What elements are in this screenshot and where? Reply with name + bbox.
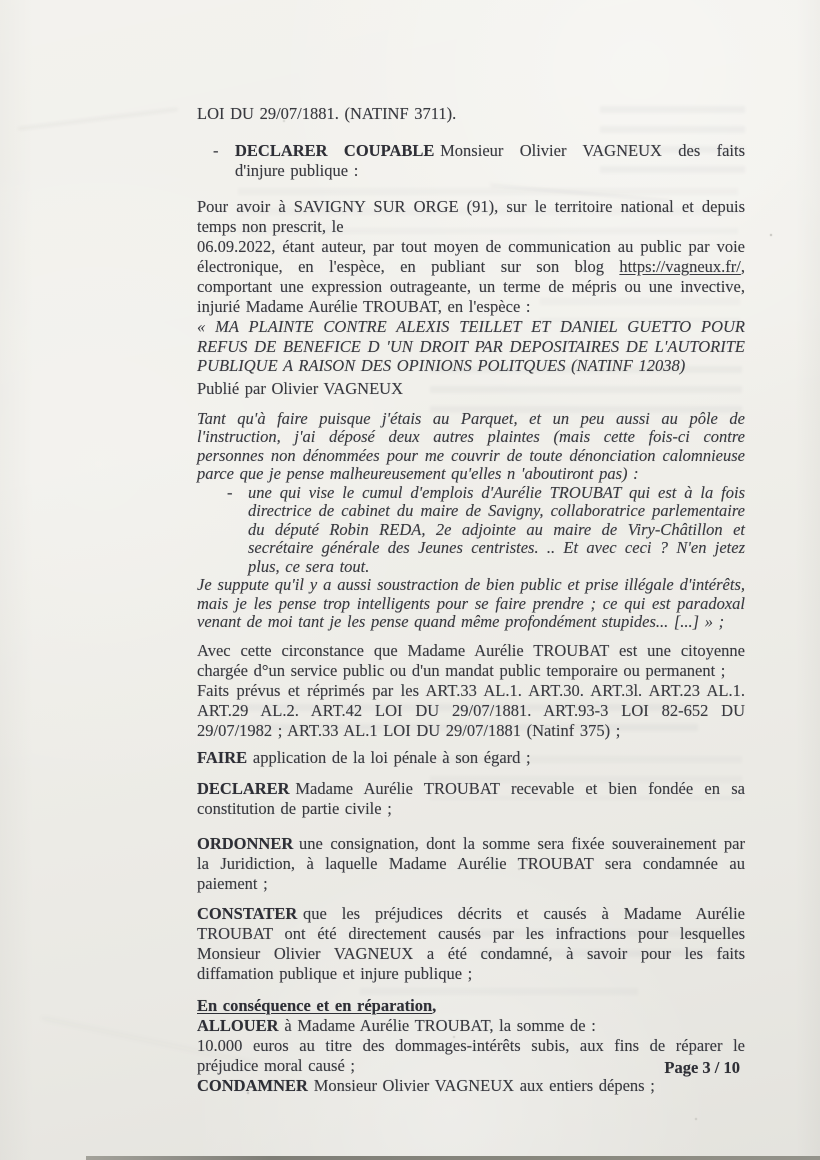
consequence-heading-text: En conséquence et en réparation bbox=[197, 996, 432, 1015]
law-reference-line: LOI DU 29/07/1881. (NATINF 3711). bbox=[197, 104, 745, 124]
document-body: LOI DU 29/07/1881. (NATINF 3711). - DECL… bbox=[197, 104, 745, 1096]
charge-bullet: - DECLARER COUPABLEMonsieur Olivier VAGN… bbox=[197, 141, 745, 181]
blog-link: https://vagneux.fr/ bbox=[619, 257, 740, 276]
condamner-rest: Monsieur Olivier VAGNEUX aux entiers dép… bbox=[314, 1076, 655, 1095]
quoted-blog-paragraph-1: Tant qu'à faire puisque j'étais au Parqu… bbox=[197, 410, 745, 484]
faire-rest: application de la loi pénale à son égard… bbox=[253, 748, 531, 767]
facts-location-paragraph: Pour avoir à SAVIGNY SUR ORGE (91), sur … bbox=[197, 197, 745, 237]
constater-paragraph: CONSTATERque les préjudices décrits et c… bbox=[197, 904, 745, 984]
ordonner-keyword: ORDONNER bbox=[197, 834, 293, 853]
allouer-keyword: ALLOUER bbox=[197, 1016, 279, 1035]
condamner-paragraph: CONDAMNERMonsieur Olivier VAGNEUX aux en… bbox=[197, 1076, 745, 1096]
condamner-keyword: CONDAMNER bbox=[197, 1076, 308, 1095]
consequence-heading: En conséquence et en réparation, bbox=[197, 996, 745, 1016]
circumstance-paragraph: Avec cette circonstance que Madame Aurél… bbox=[197, 641, 745, 681]
legal-articles-paragraph: Faits prévus et réprimés par les ART.33 … bbox=[197, 681, 745, 741]
allouer-rest: à Madame Aurélie TROUBAT, la somme de : bbox=[284, 1016, 595, 1035]
ordonner-paragraph: ORDONNERune consignation, dont la somme … bbox=[197, 834, 745, 894]
paper-crease bbox=[18, 108, 177, 129]
consequence-heading-comma: , bbox=[432, 996, 436, 1015]
damages-amount-paragraph: 10.000 euros au titre des dommages-intér… bbox=[197, 1036, 745, 1076]
scan-bottom-edge bbox=[86, 1156, 820, 1160]
bullet-dash: - bbox=[197, 141, 235, 181]
charge-text: DECLARER COUPABLEMonsieur Olivier VAGNEU… bbox=[235, 141, 745, 181]
published-by-line: Publié par Olivier VAGNEUX bbox=[197, 379, 745, 399]
scanned-document-page: LOI DU 29/07/1881. (NATINF 3711). - DECL… bbox=[0, 0, 820, 1160]
dust-specks bbox=[0, 0, 2, 2]
allouer-paragraph: ALLOUERà Madame Aurélie TROUBAT, la somm… bbox=[197, 1016, 745, 1036]
quoted-blog-bullet: - une qui vise le cumul d'emplois d'Auré… bbox=[197, 484, 745, 577]
quoted-bullet-text: une qui vise le cumul d'emplois d'Auréli… bbox=[248, 484, 745, 577]
publication-paragraph: 06.09.2022, étant auteur, par tout moyen… bbox=[197, 237, 745, 317]
faire-keyword: FAIRE bbox=[197, 748, 247, 767]
bullet-dash: - bbox=[197, 484, 248, 577]
faire-paragraph: FAIREapplication de la loi pénale à son … bbox=[197, 748, 745, 768]
page-number: Page 3 / 10 bbox=[664, 1058, 740, 1078]
quoted-title-caps: « MA PLAINTE CONTRE ALEXIS TEILLET ET DA… bbox=[197, 317, 745, 376]
declarer-keyword: DECLARER bbox=[197, 779, 290, 798]
constater-keyword: CONSTATER bbox=[197, 904, 297, 923]
quoted-blog-paragraph-2: Je suppute qu'il y a aussi soustraction … bbox=[197, 576, 745, 632]
declarer-paragraph: DECLARERMadame Aurélie TROUBAT recevable… bbox=[197, 779, 745, 819]
charge-keyword: DECLARER COUPABLE bbox=[235, 141, 434, 160]
